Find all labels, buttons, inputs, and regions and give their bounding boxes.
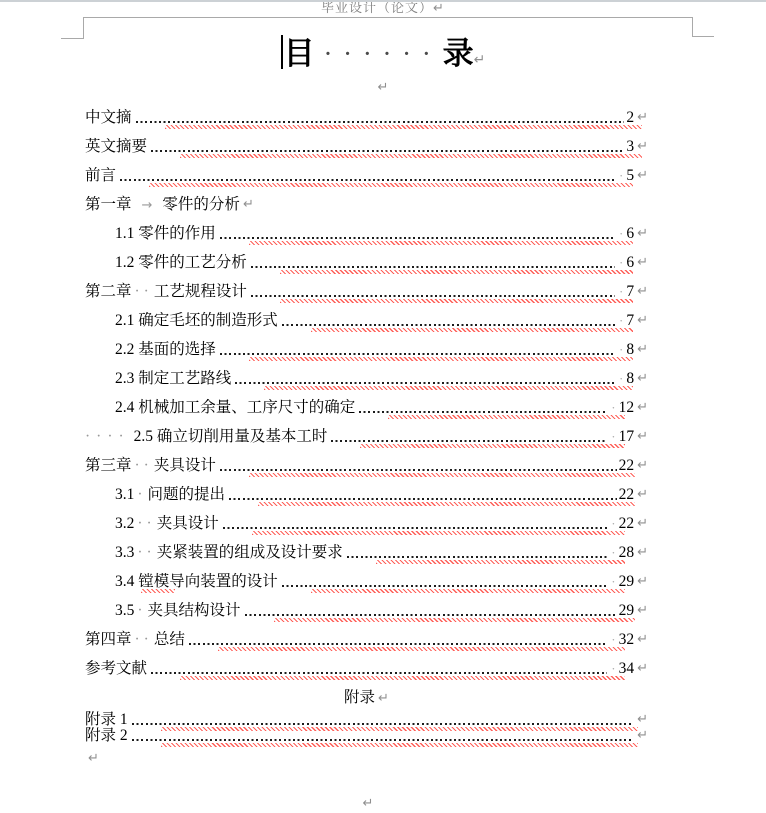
toc-label-text: 第一章: [85, 196, 132, 213]
toc-row[interactable]: 附录 2↵: [85, 728, 648, 744]
space-marks: ····: [85, 422, 130, 451]
spell-squiggle: [249, 357, 633, 361]
text-cursor: [281, 35, 283, 69]
toc-label-text: 3.4 镗模导向装置的设计: [115, 573, 278, 590]
spell-squiggle: [311, 589, 625, 593]
spell-squiggle: [249, 241, 633, 245]
toc-row[interactable]: 3.2··夹具设计·22↵: [85, 509, 648, 538]
toc-label-text: 夹具设计: [157, 515, 219, 532]
leader-dots: [250, 277, 617, 306]
center-row[interactable]: 附录↵: [85, 683, 648, 712]
pilcrow-mark: ↵: [637, 654, 648, 683]
spell-squiggle: [280, 299, 633, 303]
pilcrow-mark: ↵: [637, 277, 648, 306]
toc-label-text: 3.2: [115, 515, 134, 532]
toc-label: 附录: [344, 689, 375, 706]
pilcrow-mark: ↵: [637, 625, 648, 654]
empty-paragraph[interactable]: ↵: [0, 78, 766, 96]
toc-row[interactable]: 参考文献·34↵: [85, 654, 648, 683]
spell-squiggle: [280, 270, 633, 274]
toc-label-text: 问题的提出: [148, 486, 226, 503]
space-marks: ·: [137, 486, 146, 503]
toc-row[interactable]: 1.1 零件的作用·6↵: [85, 219, 648, 248]
toc-label-text: 2.3 制定工艺路线: [115, 370, 231, 387]
leader-dots: [150, 132, 626, 161]
toc-label-text: 第四章: [85, 631, 132, 648]
toc-label-text: 2.4 机械加工余量、工序尺寸的确定: [115, 399, 355, 416]
pilcrow-mark: ↵: [637, 509, 648, 538]
toc-label: 1.1 零件的作用: [115, 219, 216, 248]
toc-label-text: 总结: [154, 631, 185, 648]
toc-label-text: 夹具结构设计: [148, 602, 241, 619]
toc-label-text: 前言: [85, 167, 116, 184]
pilcrow-mark: ↵: [637, 335, 648, 364]
toc-label: 第四章··总结: [85, 625, 185, 654]
toc-row[interactable]: 中文摘2↵: [85, 103, 648, 132]
blank-center-row[interactable]: ↵: [85, 794, 648, 812]
pilcrow-mark: ↵: [637, 248, 648, 277]
spell-squiggle: [141, 589, 175, 593]
toc-label: 前言: [85, 161, 116, 190]
space-marks: ··: [135, 457, 153, 474]
toc-label-text: 2.1 确定毛坯的制造形式: [115, 312, 278, 329]
space-marks: ······: [325, 43, 443, 65]
toc-row[interactable]: 第一章→零件的分析↵: [85, 190, 648, 219]
toc-row[interactable]: 2.3 制定工艺路线·8↵: [85, 364, 648, 393]
toc-row[interactable]: 2.1 确定毛坯的制造形式·7↵: [85, 306, 648, 335]
pilcrow-mark: ↵: [637, 422, 648, 451]
toc-label-text: 附录 1: [85, 711, 128, 728]
pilcrow-mark: ↵: [637, 393, 648, 422]
space-marks: ··: [137, 515, 155, 532]
leader-dots: [346, 538, 610, 567]
toc-row[interactable]: 附录 1↵: [85, 712, 648, 728]
toc-label: 第三章··夹具设计: [85, 451, 216, 480]
toc-label-text: 中文摘: [85, 109, 132, 126]
toc-label: 中文摘: [85, 103, 132, 132]
spell-squiggle: [388, 415, 625, 419]
toc-row[interactable]: 3.4 镗模导向装置的设计·29↵: [85, 567, 648, 596]
toc-label: 英文摘要: [85, 132, 147, 161]
title-text-right: 录: [443, 36, 474, 71]
pilcrow-mark: ↵: [474, 52, 486, 68]
space-marks: ·: [137, 602, 146, 619]
toc-label-text: 参考文献: [85, 660, 147, 677]
spell-squiggle: [149, 183, 633, 187]
leader-dots: [281, 567, 609, 596]
tab-mark: →: [142, 198, 153, 213]
toc-row[interactable]: ····2.5 确立切削用量及基本工时·17↵: [85, 422, 648, 451]
toc-label-text: 工艺规程设计: [154, 283, 247, 300]
toc-row[interactable]: 第三章··夹具设计22↵: [85, 451, 648, 480]
toc-label-text: 夹紧装置的组成及设计要求: [157, 544, 343, 561]
title-text-left: 目: [284, 36, 315, 71]
spell-squiggle: [264, 386, 633, 390]
toc-label: 3.1·问题的提出: [115, 480, 225, 509]
page-top-edge-line: [0, 0, 766, 2]
leader-dots: [219, 219, 617, 248]
toc-label-text: 零件的分析: [162, 196, 240, 213]
header-underline: [83, 17, 692, 18]
toc-label-text: 2.5 确立切削用量及基本工时: [134, 428, 328, 445]
leader-dots: [222, 509, 610, 538]
toc-label: 参考文献: [85, 654, 147, 683]
pilcrow-mark: ↵: [243, 190, 254, 219]
leader-dots: [250, 248, 617, 277]
toc-label: 第一章→零件的分析: [85, 190, 240, 219]
leader-dots: [281, 306, 617, 335]
toc-label: 3.3··夹紧装置的组成及设计要求: [115, 538, 343, 567]
toc-label: 2.2 基面的选择: [115, 335, 216, 364]
pilcrow-mark: ↵: [637, 728, 648, 744]
pilcrow-mark: ↵: [637, 451, 648, 480]
pilcrow-mark: ↵: [363, 796, 374, 811]
toc-label: 3.4 镗模导向装置的设计: [115, 567, 278, 596]
toc-label-text: 第三章: [85, 457, 132, 474]
toc-row[interactable]: 第四章··总结·32↵: [85, 625, 648, 654]
leader-dots: [219, 335, 617, 364]
toc-label-text: 第二章: [85, 283, 132, 300]
space-marks: ··: [135, 631, 153, 648]
spell-squiggle: [165, 125, 643, 129]
leader-dots: [244, 596, 619, 625]
pilcrow-mark: ↵: [637, 567, 648, 596]
toc-row[interactable]: 3.1·问题的提出22↵: [85, 480, 648, 509]
leader-dots: [188, 625, 609, 654]
toc-label-text: 夹具设计: [154, 457, 216, 474]
leader-dots: [219, 451, 619, 480]
spell-squiggle: [218, 647, 625, 651]
toc-label: 2.3 制定工艺路线: [115, 364, 231, 393]
document-title[interactable]: 目······录↵: [0, 33, 766, 81]
pilcrow-mark: ↵: [637, 538, 648, 567]
spell-squiggle: [258, 502, 635, 506]
document-page[interactable]: { "header": { "text": "毕业设计（论文）" }, "tit…: [0, 0, 766, 813]
toc-row[interactable]: 第二章··工艺规程设计·7↵: [85, 277, 648, 306]
toc-label: 3.2··夹具设计: [115, 509, 219, 538]
toc-label: 1.2 零件的工艺分析: [115, 248, 247, 277]
toc-row[interactable]: 1.2 零件的工艺分析·6↵: [85, 248, 648, 277]
toc-list: 中文摘2↵英文摘要3↵前言·5↵第一章→零件的分析↵1.1 零件的作用·6↵1.…: [85, 103, 648, 812]
leader-dots: [228, 480, 619, 509]
spell-squiggle: [180, 154, 642, 158]
header-text: 毕业设计（论文）: [321, 0, 433, 15]
pilcrow-mark: ↵: [637, 596, 648, 625]
pilcrow-mark: ↵: [637, 306, 648, 335]
toc-label: 2.1 确定毛坯的制造形式: [115, 306, 278, 335]
pilcrow-mark: ↵: [637, 480, 648, 509]
pilcrow-mark: ↵: [378, 80, 389, 95]
toc-label: 2.4 机械加工余量、工序尺寸的确定: [115, 393, 355, 422]
pilcrow-mark: ↵: [637, 364, 648, 393]
toc-row[interactable]: 3.3··夹紧装置的组成及设计要求·28↵: [85, 538, 648, 567]
spell-squiggle: [252, 531, 626, 535]
toc-row[interactable]: 3.5·夹具结构设计29↵: [85, 596, 648, 625]
blank-left-row[interactable]: ↵: [85, 744, 648, 770]
spell-squiggle: [311, 328, 633, 332]
leader-dots: [131, 728, 634, 744]
toc-label-text: 附录 2: [85, 727, 128, 744]
leader-dots: [358, 393, 609, 422]
toc-row[interactable]: 2.4 机械加工余量、工序尺寸的确定·12↵: [85, 393, 648, 422]
toc-label: 2.5 确立切削用量及基本工时: [134, 422, 328, 451]
pilcrow-mark: ↵: [637, 161, 648, 190]
toc-row[interactable]: 英文摘要3↵: [85, 132, 648, 161]
toc-label-text: 1.2 零件的工艺分析: [115, 254, 247, 271]
toc-label-text: 英文摘要: [85, 138, 147, 155]
leader-dots: [135, 103, 627, 132]
toc-row[interactable]: 2.2 基面的选择·8↵: [85, 335, 648, 364]
leader-dots: [119, 161, 617, 190]
leader-dots: [330, 422, 609, 451]
toc-label-text: 附录: [344, 689, 375, 706]
toc-label-text: 2.2 基面的选择: [115, 341, 216, 358]
leader-dots: [234, 364, 617, 393]
spell-squiggle: [360, 444, 625, 448]
spell-squiggle: [180, 676, 625, 680]
toc-label: 3.5·夹具结构设计: [115, 596, 241, 625]
spell-squiggle: [274, 618, 635, 622]
pilcrow-mark: ↵: [378, 691, 389, 706]
toc-label: 附录 1: [85, 712, 128, 728]
toc-label: 第二章··工艺规程设计: [85, 277, 247, 306]
toc-label-text: 1.1 零件的作用: [115, 225, 216, 242]
toc-label: 附录 2: [85, 728, 128, 744]
spell-squiggle: [376, 560, 626, 564]
pilcrow-mark: ↵: [637, 712, 648, 728]
page-header: 毕业设计（论文）↵: [0, 0, 766, 16]
space-marks: ··: [137, 544, 155, 561]
toc-row[interactable]: 前言·5↵: [85, 161, 648, 190]
pilcrow-mark: ↵: [88, 744, 99, 770]
leader-dots: [131, 712, 634, 728]
leader-dots: [150, 654, 609, 683]
pilcrow-mark: ↵: [637, 219, 648, 248]
toc-label-text: 3.1: [115, 486, 134, 503]
toc-label-text: 3.5: [115, 602, 134, 619]
toc-label-text: 3.3: [115, 544, 134, 561]
pilcrow-mark: ↵: [433, 1, 445, 16]
spell-squiggle: [249, 473, 635, 477]
space-marks: ··: [135, 283, 153, 300]
